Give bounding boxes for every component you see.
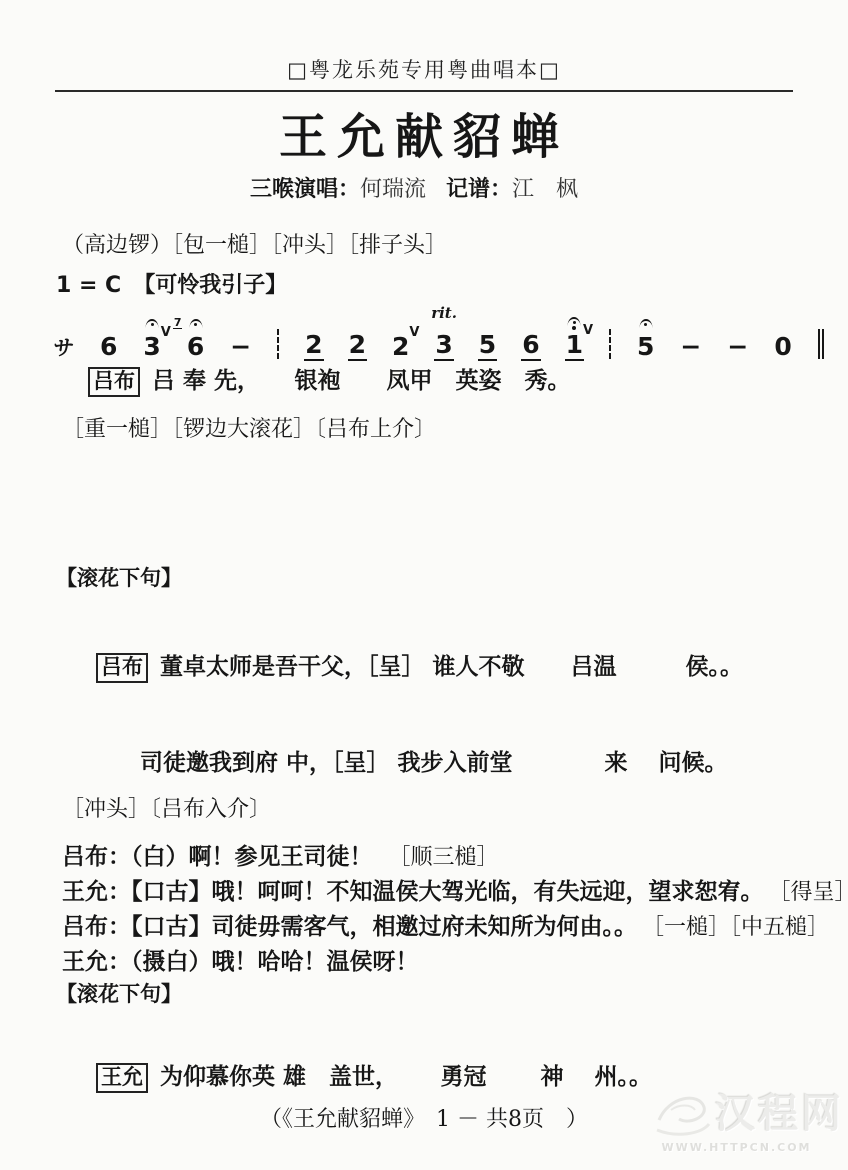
speech: 【口古】哦！呵呵！不知温侯大驾光临，有失远迎，望求恕宥。 [131, 879, 764, 905]
gong-cue: ［得呈］ [780, 880, 848, 905]
watermark-url: WWW.HTTPCN.COM [629, 1141, 844, 1154]
singer-label: 三喉演唱： [250, 177, 360, 202]
watermark-logo-icon [651, 1080, 715, 1140]
role-badge: 吕布 [96, 653, 148, 683]
header-rule [55, 90, 793, 92]
note-token: サ [52, 320, 75, 369]
note-token: 5 [478, 314, 497, 369]
watermark: 汉程网 WWW.HTTPCN.COM [629, 1080, 844, 1154]
lyric-text: 为仰慕你英 雄 盖世， 勇冠 神 州。。 [160, 1064, 652, 1090]
role-badge: 吕布 [88, 367, 140, 397]
dialogue-line-1: 吕布：（白）啊！参见王司徒！［顺三槌］ [62, 838, 499, 871]
section-header-1: 【滚花下句】 [56, 562, 182, 592]
note-token: − [679, 316, 702, 369]
role-badge: 王允 [96, 1063, 148, 1093]
singer-name: 何瑞流 [360, 177, 426, 202]
vm-mark: V [161, 326, 171, 339]
fer-mark [568, 317, 581, 326]
credits: 三喉演唱：何瑞流记谱：江 枫 [0, 172, 848, 203]
speaker: 吕布： [62, 844, 131, 870]
note-token: 3rit. [434, 314, 453, 369]
booklet-header: □粤龙乐苑专用粤曲唱本□ [0, 54, 848, 84]
song-title: 王允献貂蝉 [0, 98, 848, 167]
notator-label: 记谱： [446, 177, 512, 202]
lyric-text: 司徒邀我到府 中，［呈］ 我步入前堂 来 问候。 [140, 750, 728, 776]
dialogue-line-3: 吕布：【口古】司徒毋需客气，相邀过府未知所为何由。。［一槌］［中五槌］ [62, 908, 829, 941]
barline [277, 329, 279, 359]
gong-cue-intro: （高边锣）［包一槌］［冲头］［排子头］ [62, 228, 447, 259]
barline [609, 329, 611, 359]
labm-mark: rit. [431, 306, 457, 321]
note-token: 1V [565, 314, 584, 369]
score-page: □粤龙乐苑专用粤曲唱本□ 王允献貂蝉 三喉演唱：何瑞流记谱：江 枫 （高边锣）［… [0, 0, 848, 1170]
fer-mark [189, 319, 202, 328]
note-token: 2 [348, 314, 367, 369]
lyric-line-2: 吕布董卓太师是吾干父，［呈］ 谁人不敬 吕温 侯。。 [96, 648, 743, 683]
lyric-line-3: 司徒邀我到府 中，［呈］ 我步入前堂 来 问候。 [140, 744, 728, 777]
gm-mark: 7 [173, 317, 183, 329]
barline [818, 329, 820, 359]
notator-name: 江 枫 [512, 177, 578, 202]
speech: （摄白）哦！哈哈！温侯呀！ [131, 949, 419, 975]
fer-mark [639, 319, 652, 328]
dadot-mark [572, 326, 576, 330]
speaker: 吕布： [62, 914, 131, 940]
speech: 【口古】司徒毋需客气，相邀过府未知所为何由。。 [131, 914, 637, 940]
vm-mark: V [409, 326, 419, 339]
fer-mark [146, 319, 159, 328]
lyric-line-1: 吕布吕 奉 先， 银袍 凤甲 英姿 秀。 [88, 362, 571, 397]
note-token: − [726, 316, 749, 369]
watermark-name: 汉程网 [715, 1082, 844, 1139]
speech: （白）啊！参见王司徒！ [131, 844, 373, 870]
note-token: 6 [521, 314, 540, 369]
lyric-text: 吕 奉 先， 银袍 凤甲 英姿 秀。 [152, 368, 571, 394]
lyric-text: 董卓太师是吾干父，［呈］ 谁人不敬 吕温 侯。。 [160, 654, 743, 680]
note-token: 0 [773, 316, 792, 369]
dialogue-line-4: 王允：（摄白）哦！哈哈！温侯呀！ [62, 943, 419, 976]
note-token: 2 [304, 314, 323, 369]
lyric-line-4: 王允为仰慕你英 雄 盖世， 勇冠 神 州。。 [96, 1058, 652, 1093]
speaker: 王允： [62, 879, 131, 905]
note-token: 5 [636, 316, 655, 369]
section-header-2: 【滚花下句】 [56, 978, 182, 1008]
music-line-1: サ63V67−222V3rit.561V5−−0 [52, 292, 825, 369]
speaker: 王允： [62, 949, 131, 975]
gong-cue: ［一槌］［中五槌］ [653, 915, 829, 940]
gong-cue-enter: ［冲头］〔吕布入介〕 [62, 792, 271, 823]
gong-cue-mid: ［重一槌］［锣边大滚花］〔吕布上介〕 [62, 412, 436, 443]
dialogue-line-2: 王允：【口古】哦！呵呵！不知温侯大驾光临，有失远迎，望求恕宥。［得呈］ [62, 873, 848, 906]
vm-mark: V [583, 324, 593, 337]
gong-cue: ［顺三槌］ [389, 845, 499, 870]
